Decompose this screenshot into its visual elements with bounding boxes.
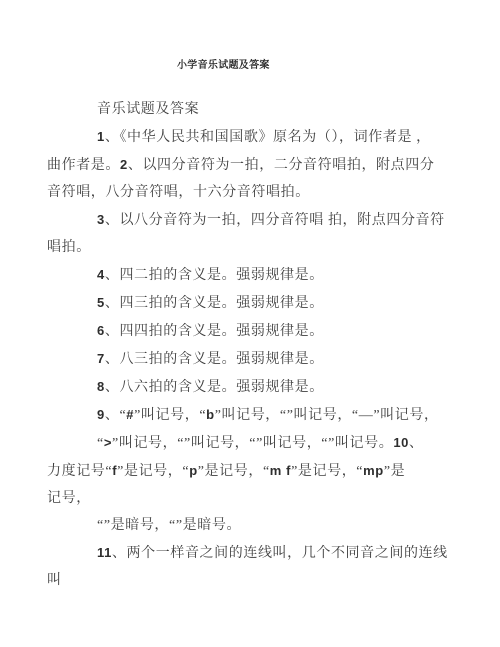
document-body: 音乐试题及答案 1、《中华人民共和国国歌》原名为（），词作者是 ， 曲作者是。2… — [47, 96, 454, 594]
paragraph-q10: “>”叫记号，“”叫记号，“”叫记号，“”叫记号。10、 力度记号“f”是记号，… — [47, 429, 454, 512]
paragraph-q6: 6、四四拍的含义是。强弱规律是。 — [47, 317, 454, 345]
paragraph-q3: 3、以八分音符为一拍，四分音符唱 拍，附点四分音符 唱拍。 — [47, 206, 454, 261]
paragraph-q4: 4、四二拍的含义是。强弱规律是。 — [47, 261, 454, 289]
page-title: 小学音乐试题及答案 — [177, 56, 270, 71]
paragraph-q7: 7、八三拍的含义是。强弱规律是。 — [47, 345, 454, 373]
document-page: 小学音乐试题及答案 音乐试题及答案 1、《中华人民共和国国歌》原名为（），词作者… — [0, 0, 500, 647]
paragraph-q11: 11、两个一样音之间的连线叫，几个不同音之间的连线 叫 — [47, 539, 454, 594]
paragraph-q5: 5、四三拍的含义是。强弱规律是。 — [47, 289, 454, 317]
paragraph-q10-cont: “”是暗号，“”是暗号。 — [47, 512, 454, 539]
paragraph-heading: 音乐试题及答案 — [47, 96, 454, 123]
paragraph-q8: 8、八六拍的含义是。强弱规律是。 — [47, 373, 454, 401]
paragraph-q1-q2: 1、《中华人民共和国国歌》原名为（），词作者是 ， 曲作者是。2、以四分音符为一… — [47, 123, 454, 206]
paragraph-q9: 9、“#”叫记号，“b”叫记号，“”叫记号，“—”叫记号， — [47, 401, 454, 429]
